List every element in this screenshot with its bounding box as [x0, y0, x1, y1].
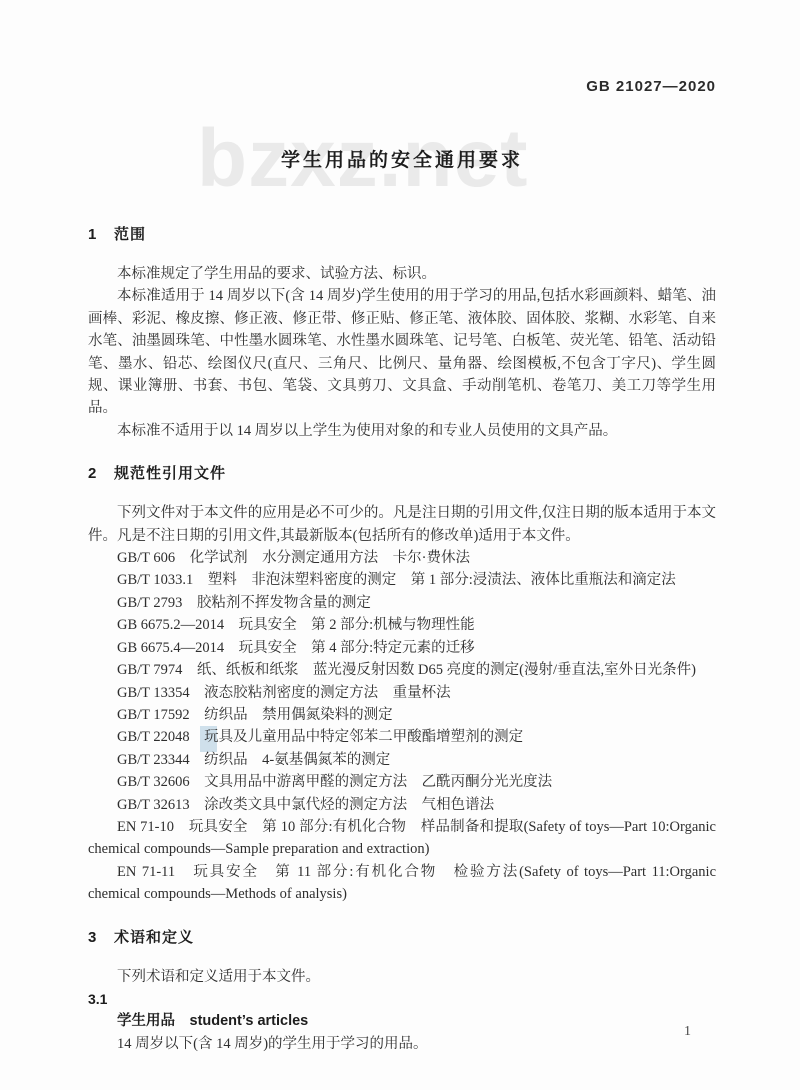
reference-item: GB/T 17592 纺织品 禁用偶氮染料的测定	[88, 704, 716, 726]
page-content: 学生用品的安全通用要求 1范围 本标准规定了学生用品的要求、试验方法、标识。 本…	[88, 0, 716, 1055]
reference-item: GB/T 1033.1 塑料 非泡沫塑料密度的测定 第 1 部分:浸渍法、液体比…	[88, 569, 716, 591]
section-label: 术语和定义	[114, 929, 194, 946]
terms-body: 下列术语和定义适用于本文件。 3.1 学生用品 student’s articl…	[88, 966, 716, 1056]
reference-item: GB/T 606 化学试剂 水分测定通用方法 卡尔·费休法	[88, 547, 716, 569]
reference-item: GB 6675.4—2014 玩具安全 第 4 部分:特定元素的迁移	[88, 637, 716, 659]
page-number: 1	[684, 1021, 691, 1043]
section-heading-scope: 1范围	[88, 224, 716, 246]
references-intro: 下列文件对于本文件的应用是必不可少的。凡是注日期的引用文件,仅注日期的版本适用于…	[88, 502, 716, 547]
reference-item: GB/T 13354 液态胶粘剂密度的测定方法 重量杯法	[88, 682, 716, 704]
scope-paragraph: 本标准不适用于以 14 周岁以上学生为使用对象的和专业人员使用的文具产品。	[88, 420, 716, 442]
section-number: 2	[88, 463, 102, 485]
section-label: 规范性引用文件	[114, 465, 226, 482]
reference-item: GB 6675.2—2014 玩具安全 第 2 部分:机械与物理性能	[88, 614, 716, 636]
terms-intro: 下列术语和定义适用于本文件。	[88, 966, 716, 988]
scope-paragraph: 本标准适用于 14 周岁以下(含 14 周岁)学生使用的用于学习的用品,包括水彩…	[88, 285, 716, 419]
references-body: 下列文件对于本文件的应用是必不可少的。凡是注日期的引用文件,仅注日期的版本适用于…	[88, 502, 716, 905]
section-heading-terms: 3术语和定义	[88, 927, 716, 949]
reference-item: GB/T 32613 涂改类文具中氯代烃的测定方法 气相色谱法	[88, 794, 716, 816]
reference-item: GB/T 7974 纸、纸板和纸浆 蓝光漫反射因数 D65 亮度的测定(漫射/垂…	[88, 659, 716, 681]
reference-item: GB/T 22048 玩具及儿童用品中特定邻苯二甲酸酯增塑剂的测定	[88, 726, 716, 748]
reference-item: GB/T 32606 文具用品中游离甲醛的测定方法 乙酰丙酮分光光度法	[88, 771, 716, 793]
term-definition-title: 学生用品 student’s articles	[88, 1010, 716, 1032]
term-definition-text: 14 周岁以下(含 14 周岁)的学生用于学习的用品。	[88, 1033, 716, 1055]
document-title: 学生用品的安全通用要求	[88, 148, 716, 174]
scope-body: 本标准规定了学生用品的要求、试验方法、标识。 本标准适用于 14 周岁以下(含 …	[88, 263, 716, 442]
section-label: 范围	[114, 226, 146, 243]
reference-item: EN 71-10 玩具安全 第 10 部分:有机化合物 样品制备和提取(Safe…	[88, 816, 716, 861]
standard-code: GB 21027—2020	[586, 78, 716, 95]
reference-item: GB/T 23344 纺织品 4-氨基偶氮苯的测定	[88, 749, 716, 771]
section-number: 3	[88, 927, 102, 949]
section-heading-references: 2规范性引用文件	[88, 463, 716, 485]
scope-paragraph: 本标准规定了学生用品的要求、试验方法、标识。	[88, 263, 716, 285]
clause-number: 3.1	[88, 988, 716, 1010]
reference-item: GB/T 2793 胶粘剂不挥发物含量的测定	[88, 592, 716, 614]
document-page: bzxz.net GB 21027—2020 学生用品的安全通用要求 1范围 本…	[0, 0, 800, 1090]
reference-item: EN 71-11 玩具安全 第 11 部分:有机化合物 检验方法(Safety …	[88, 861, 716, 906]
section-number: 1	[88, 224, 102, 246]
